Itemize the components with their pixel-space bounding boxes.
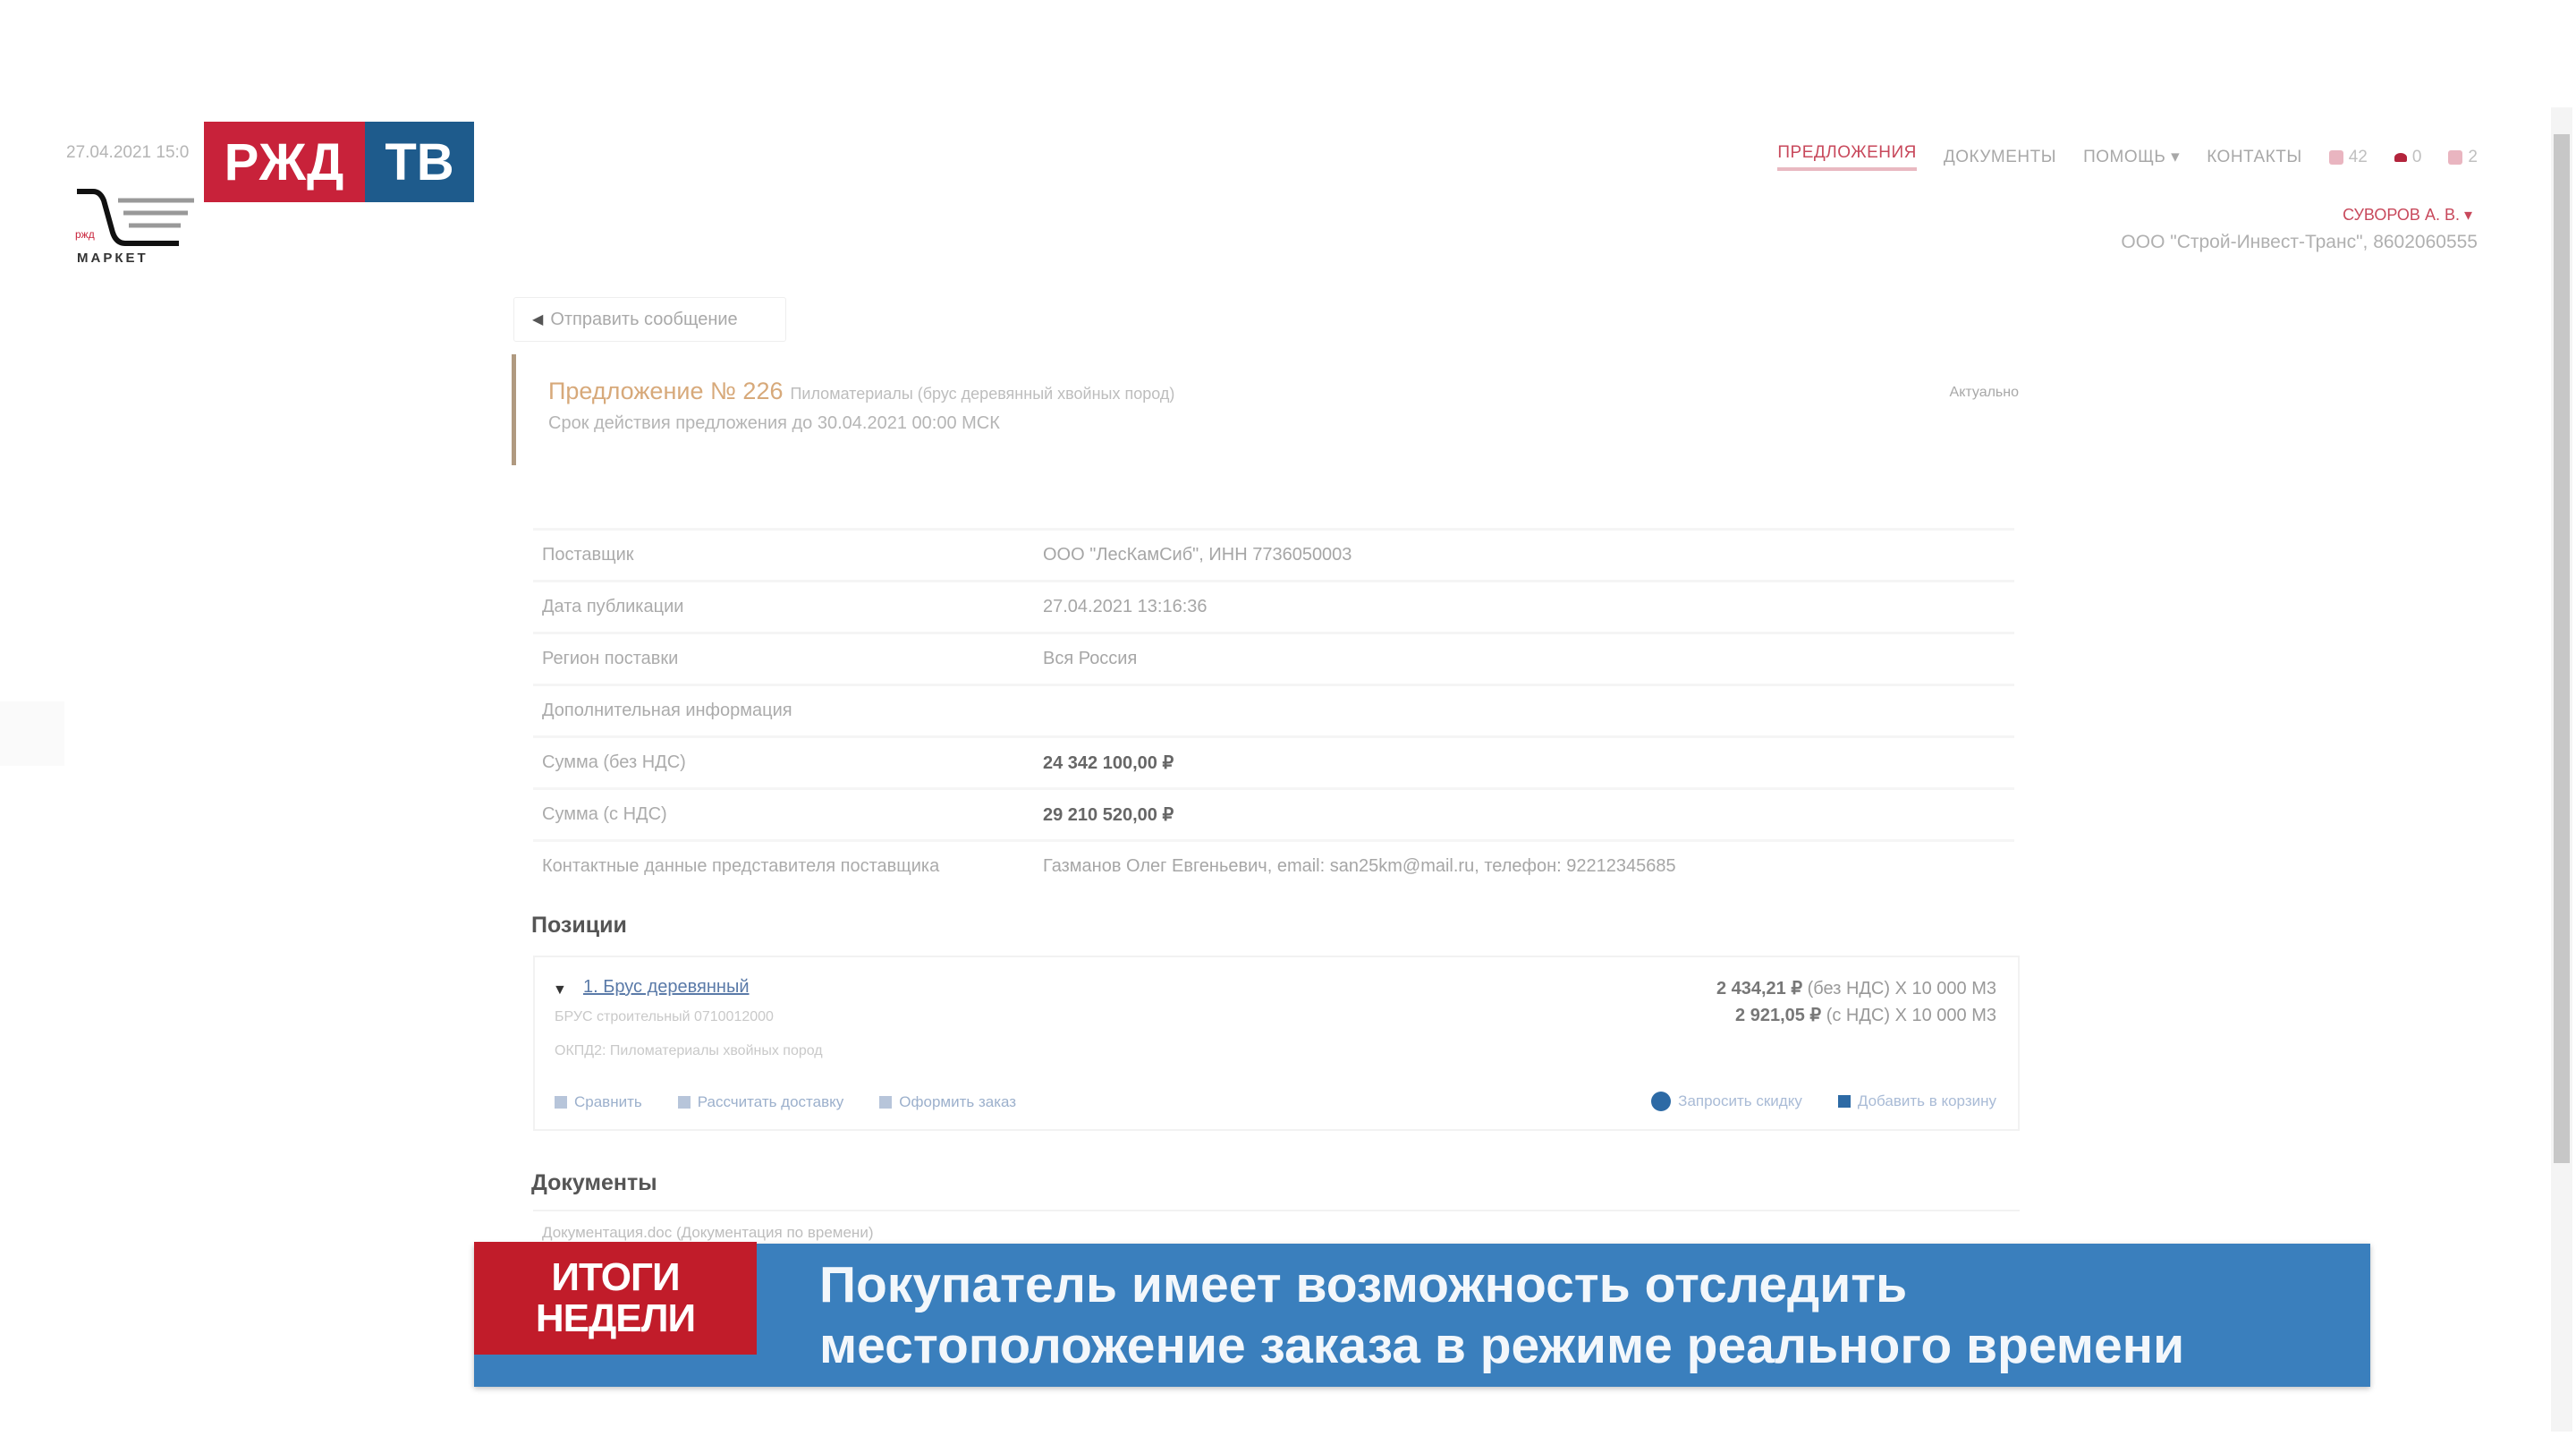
offer-card: Предложение № 226Пиломатериалы (брус дер… [512, 354, 2019, 465]
nav-offers[interactable]: Предложения [1777, 143, 1917, 171]
position-actions-left: Сравнить Рассчитать доставку Оформить за… [555, 1093, 1016, 1111]
price-no-vat: 2 434,21 ₽ (без НДС) X 10 000 М3 [1716, 977, 1996, 999]
position-name-link[interactable]: 1. Брус деревянный [583, 977, 750, 998]
offer-deadline: Срок действия предложения до 30.04.2021 … [548, 413, 1000, 434]
compare-count: 2 [2468, 148, 2478, 167]
compare-icon [555, 1096, 567, 1109]
info-value: 24 342 100,00 ₽ [1043, 752, 2014, 774]
documents-heading: Документы [531, 1170, 657, 1196]
messages-count: 42 [2349, 148, 2368, 167]
messages-icon [2329, 150, 2343, 165]
offer-category: Пиломатериалы (брус деревянный хвойных п… [790, 385, 1174, 403]
info-label: Поставщик [533, 545, 1043, 565]
datetime: 27.04.2021 15:0 [66, 143, 189, 163]
position-description: БРУС строительный 0710012000 [555, 1009, 774, 1025]
rzd-logo-right: ТВ [365, 122, 474, 202]
info-value: 27.04.2021 13:16:36 [1043, 597, 2014, 617]
info-row-region: Регион поставки Вся Россия [533, 632, 2014, 684]
price-no-vat-value: 2 434,21 ₽ [1716, 979, 1802, 998]
cart-icon [1838, 1095, 1851, 1108]
info-label: Дополнительная информация [533, 701, 1043, 721]
make-order-label: Оформить заказ [899, 1093, 1016, 1111]
compare-badge[interactable]: 2 [2448, 148, 2478, 167]
offer-title: Предложение № 226Пиломатериалы (брус дер… [548, 378, 1174, 405]
position-okpd: ОКПД2: Пиломатериалы хвойных пород [555, 1043, 823, 1059]
nav-documents[interactable]: Документы [1944, 148, 2056, 167]
add-to-cart-button[interactable]: Добавить в корзину [1838, 1092, 1996, 1110]
info-row-published: Дата публикации 27.04.2021 13:16:36 [533, 580, 2014, 632]
top-nav: Предложения Документы Помощь ▾ Контакты … [1777, 143, 2478, 171]
info-label: Контактные данные представителя поставщи… [533, 856, 1043, 877]
tv-caption-text: Покупатель имеет возможность отследить м… [819, 1254, 2340, 1376]
chevron-down-icon[interactable]: ▼ [553, 982, 567, 998]
compare-button[interactable]: Сравнить [555, 1093, 642, 1111]
positions-heading: Позиции [531, 913, 627, 939]
info-row-supplier: Поставщик ООО "ЛесКамСиб", ИНН 773605000… [533, 528, 2014, 580]
info-value: Газманов Олег Евгеньевич, email: san25km… [1043, 856, 2014, 877]
price-vat-value: 2 921,05 ₽ [1735, 1006, 1821, 1025]
market-logo-text: МАРКЕТ [77, 251, 148, 266]
tag-line-1: ИТОГИ [551, 1257, 679, 1298]
calc-delivery-label: Рассчитать доставку [698, 1093, 844, 1111]
add-to-cart-label: Добавить в корзину [1858, 1092, 1996, 1110]
info-row-sum-vat: Сумма (с НДС) 29 210 520,00 ₽ [533, 787, 2014, 839]
info-value: Вся Россия [1043, 649, 2014, 669]
request-discount-button[interactable]: Запросить скидку [1651, 1092, 1802, 1111]
rzd-tv-logo: РЖД ТВ [204, 122, 474, 202]
truck-icon [678, 1096, 691, 1109]
rzd-logo-left: РЖД [204, 122, 365, 202]
info-value: 29 210 520,00 ₽ [1043, 803, 2014, 826]
tv-caption-tag: ИТОГИ НЕДЕЛИ [474, 1242, 757, 1355]
user-menu[interactable]: Суворов А. В. ▾ [2343, 206, 2472, 225]
offer-info-table: Поставщик ООО "ЛесКамСиб", ИНН 773605000… [533, 528, 2014, 891]
info-row-contacts: Контактные данные представителя поставщи… [533, 839, 2014, 891]
svg-text:ржд: ржд [75, 228, 95, 241]
price-vat-suffix: (с НДС) X 10 000 М3 [1826, 1006, 1996, 1025]
document-link[interactable]: Документация.doc (Документация по времен… [533, 1210, 2020, 1245]
compare-icon [2448, 150, 2462, 165]
price-vat: 2 921,05 ₽ (с НДС) X 10 000 М3 [1735, 1004, 1996, 1026]
send-message-button[interactable]: ◀ Отправить сообщение [513, 297, 786, 342]
calc-delivery-button[interactable]: Рассчитать доставку [678, 1093, 844, 1111]
info-row-extra: Дополнительная информация [533, 684, 2014, 735]
make-order-button[interactable]: Оформить заказ [879, 1093, 1016, 1111]
tag-line-2: НЕДЕЛИ [536, 1298, 695, 1339]
compare-label: Сравнить [574, 1093, 642, 1111]
send-icon: ◀ [532, 310, 543, 328]
info-value: ООО "ЛесКамСиб", ИНН 7736050003 [1043, 545, 2014, 565]
side-tab[interactable] [0, 701, 64, 766]
position-card: ▼ 1. Брус деревянный БРУС строительный 0… [533, 956, 2020, 1131]
offer-number: Предложение № 226 [548, 378, 783, 404]
nav-help[interactable]: Помощь ▾ [2083, 147, 2180, 167]
cart-icon [2394, 153, 2407, 162]
scrollbar-thumb[interactable] [2554, 134, 2570, 1163]
position-actions-right: Запросить скидку Добавить в корзину [1651, 1092, 1996, 1111]
company-name: ООО "Строй-Инвест-Транс", 8602060555 [2121, 232, 2478, 253]
offer-status-badge: Актуально [1950, 385, 2019, 401]
messages-badge[interactable]: 42 [2329, 148, 2368, 167]
send-message-label: Отправить сообщение [550, 310, 737, 330]
nav-contacts[interactable]: Контакты [2207, 148, 2302, 167]
info-label: Дата публикации [533, 597, 1043, 617]
info-label: Сумма (без НДС) [533, 752, 1043, 773]
info-label: Регион поставки [533, 649, 1043, 669]
discount-icon [1651, 1092, 1671, 1111]
order-icon [879, 1096, 892, 1109]
cart-count: 0 [2412, 148, 2422, 167]
info-row-sum-no-vat: Сумма (без НДС) 24 342 100,00 ₽ [533, 735, 2014, 787]
price-no-vat-suffix: (без НДС) X 10 000 М3 [1808, 979, 1996, 998]
request-discount-label: Запросить скидку [1678, 1092, 1802, 1110]
cart-badge[interactable]: 0 [2394, 148, 2422, 167]
info-label: Сумма (с НДС) [533, 804, 1043, 825]
